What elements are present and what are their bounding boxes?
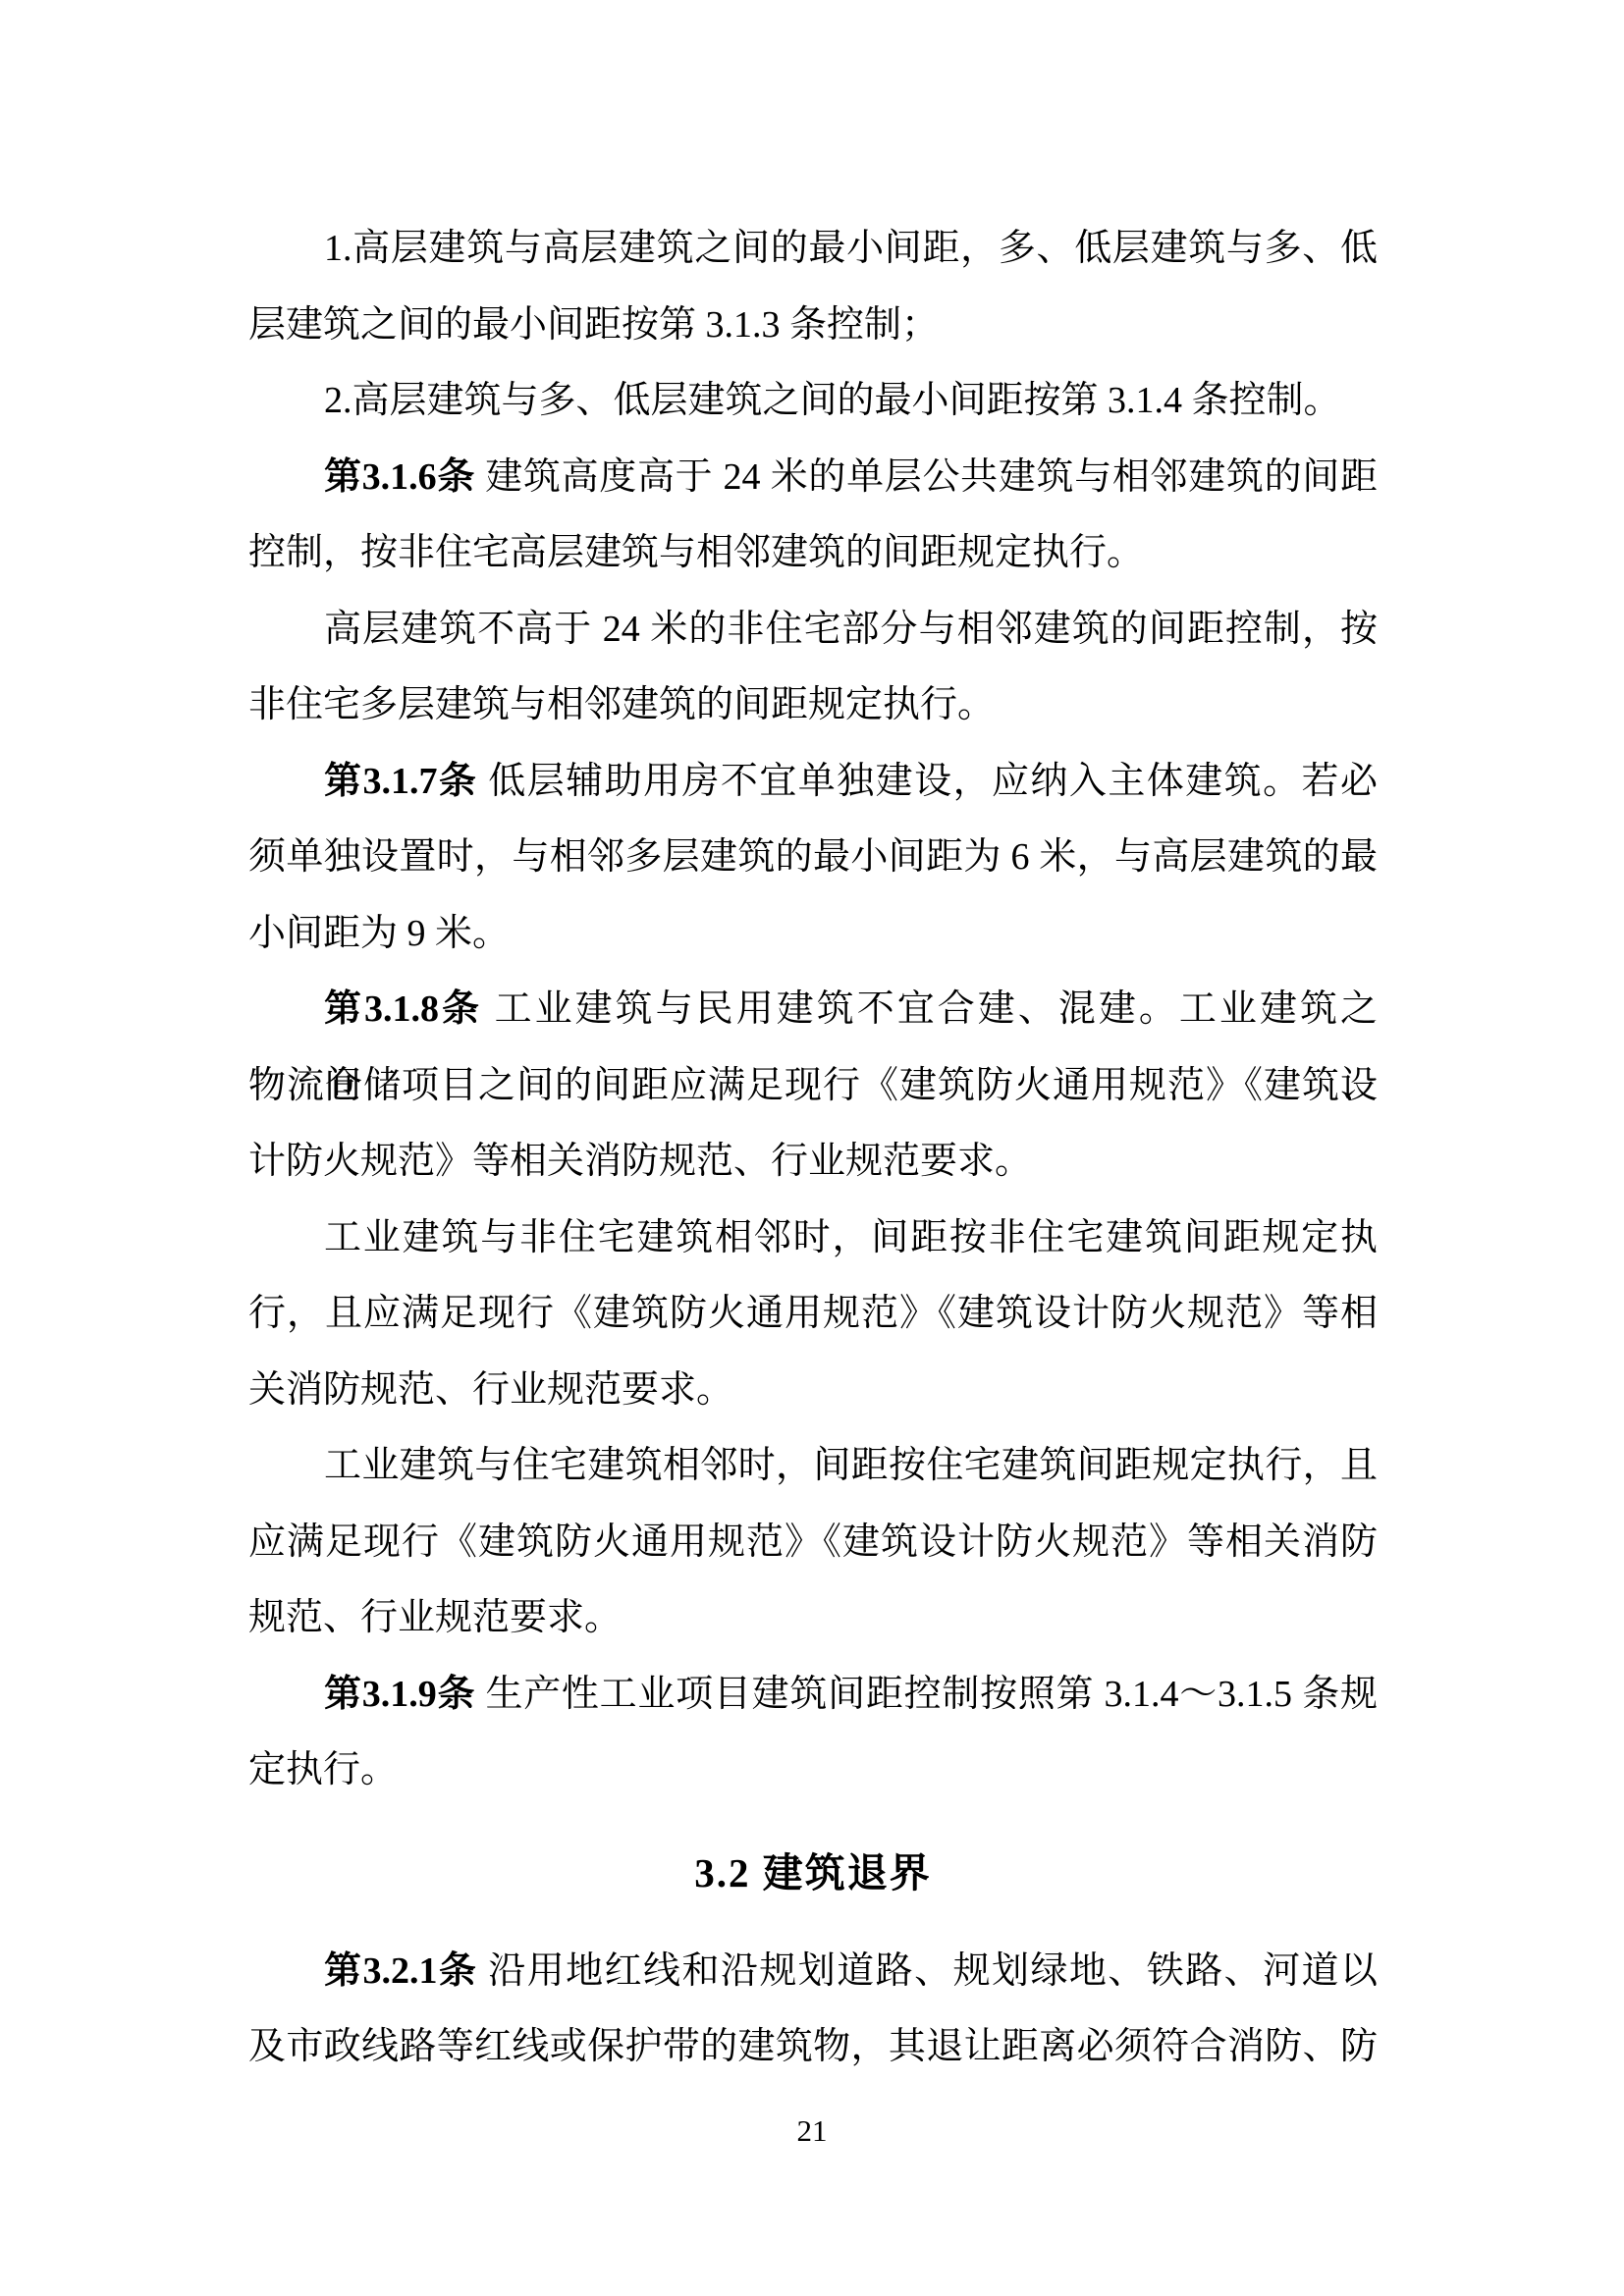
- text-line: 第3.1.9条 生产性工业项目建筑间距控制按照第 3.1.4～3.1.5 条规: [248, 1657, 1378, 1734]
- clause-number: 第3.1.9条: [324, 1674, 475, 1715]
- text-line: 第3.1.8条 工业建筑与民用建筑不宜合建、混建。工业建筑之间、: [248, 972, 1378, 1048]
- text-line: 及市政线路等红线或保护带的建筑物，其退让距离必须符合消防、防: [248, 2009, 1378, 2086]
- text-line: 小间距为 9 米。: [248, 896, 1378, 973]
- section-heading-3-2: 3.2 建筑退界: [248, 1835, 1378, 1911]
- text-line: 控制，按非住宅高层建筑与相邻建筑的间距规定执行。: [248, 515, 1378, 592]
- clause-number: 第3.1.7条: [324, 761, 477, 802]
- text-line: 第3.2.1条 沿用地红线和沿规划道路、规划绿地、铁路、河道以: [248, 1934, 1378, 2010]
- text-line: 定执行。: [248, 1733, 1378, 1809]
- section-3-1-lines: 1.高层建筑与高层建筑之间的最小间距，多、低层建筑与多、低层建筑之间的最小间距按…: [248, 211, 1378, 1809]
- page-number: 21: [0, 2107, 1624, 2156]
- text-line: 计防火规范》等相关消防规范、行业规范要求。: [248, 1124, 1378, 1201]
- document-page: 1.高层建筑与高层建筑之间的最小间距，多、低层建筑与多、低层建筑之间的最小间距按…: [0, 0, 1624, 2296]
- text-line: 行，且应满足现行《建筑防火通用规范》《建筑设计防火规范》等相: [248, 1276, 1378, 1353]
- text-line: 层建筑之间的最小间距按第 3.1.3 条控制；: [248, 288, 1378, 364]
- text-line: 应满足现行《建筑防火通用规范》《建筑设计防火规范》等相关消防: [248, 1505, 1378, 1581]
- text-line: 第3.1.7条 低层辅助用房不宜单独建设，应纳入主体建筑。若必: [248, 744, 1378, 821]
- text-line: 1.高层建筑与高层建筑之间的最小间距，多、低层建筑与多、低: [248, 211, 1378, 288]
- text-line: 工业建筑与住宅建筑相邻时，间距按住宅建筑间距规定执行，且: [248, 1428, 1378, 1505]
- text-line: 高层建筑不高于 24 米的非住宅部分与相邻建筑的间距控制，按: [248, 592, 1378, 668]
- text-line: 非住宅多层建筑与相邻建筑的间距规定执行。: [248, 667, 1378, 744]
- text-line: 物流仓储项目之间的间距应满足现行《建筑防火通用规范》《建筑设: [248, 1048, 1378, 1125]
- text-line: 工业建筑与非住宅建筑相邻时，间距按非住宅建筑间距规定执: [248, 1201, 1378, 1277]
- document-body: 1.高层建筑与高层建筑之间的最小间距，多、低层建筑与多、低层建筑之间的最小间距按…: [248, 211, 1378, 2086]
- section-3-2-lines: 第3.2.1条 沿用地红线和沿规划道路、规划绿地、铁路、河道以及市政线路等红线或…: [248, 1934, 1378, 2086]
- text-line: 第3.1.6条 建筑高度高于 24 米的单层公共建筑与相邻建筑的间距: [248, 440, 1378, 516]
- text-line: 须单独设置时，与相邻多层建筑的最小间距为 6 米，与高层建筑的最: [248, 820, 1378, 896]
- clause-number: 第3.1.6条: [324, 456, 475, 498]
- text-line: 关消防规范、行业规范要求。: [248, 1353, 1378, 1429]
- text-line: 规范、行业规范要求。: [248, 1580, 1378, 1657]
- text-line: 2.高层建筑与多、低层建筑之间的最小间距按第 3.1.4 条控制。: [248, 363, 1378, 440]
- clause-number: 第3.2.1条: [324, 1950, 477, 1992]
- clause-number: 第3.1.8条: [324, 988, 482, 1030]
